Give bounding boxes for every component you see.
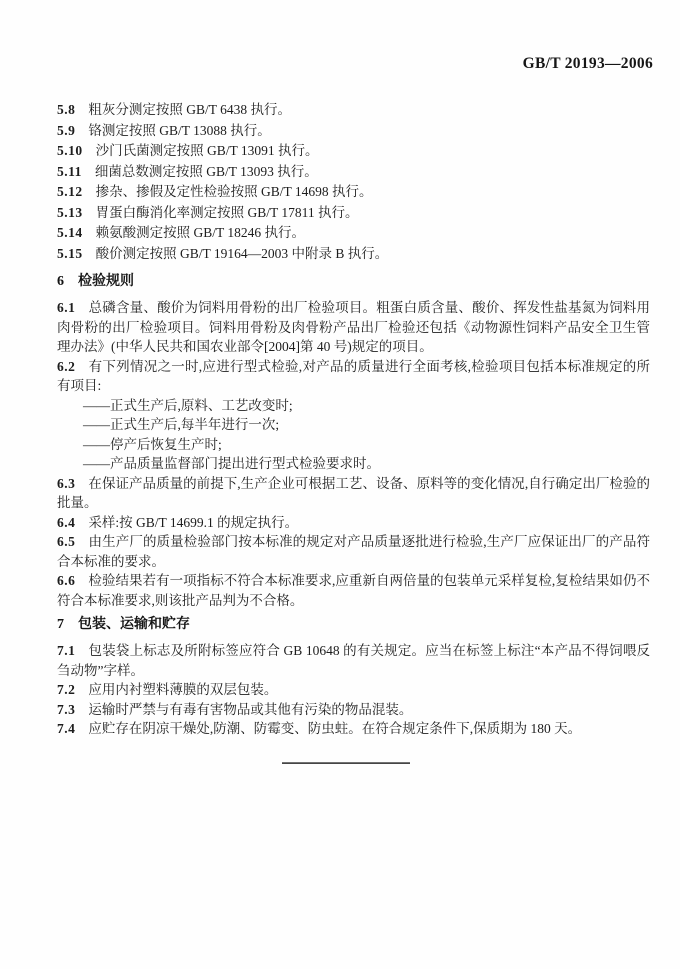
clause-text: 包装袋上标志及所附标签应符合 GB 10648 的有关规定。应当在标签上标注“本… xyxy=(57,643,650,678)
clause-text: 检验结果若有一项指标不符合本标准要求,应重新自两倍量的包装单元采样复检,复检结果… xyxy=(57,573,650,608)
section-title: 包装、运输和贮存 xyxy=(78,617,190,632)
clause-text: 酸价测定按照 GB/T 19164—2003 中附录 B 执行。 xyxy=(96,246,389,261)
clause-text: 掺杂、掺假及定性检验按照 GB/T 14698 执行。 xyxy=(96,184,373,199)
type-test-condition-4: ——产品质量监督部门提出进行型式检验要求时。 xyxy=(57,454,650,474)
clause-5-9: 5.9铬测定按照 GB/T 13088 执行。 xyxy=(57,121,650,142)
clause-text: 粗灰分测定按照 GB/T 6438 执行。 xyxy=(88,102,291,117)
clause-number: 5.8 xyxy=(57,102,75,117)
clause-7-2: 7.2应用内衬塑料薄膜的双层包装。 xyxy=(57,680,650,700)
clause-text: 有下列情况之一时,应进行型式检验,对产品的质量进行全面考核,检验项目包括本标准规… xyxy=(57,359,650,394)
section-7-heading: 7包装、运输和贮存 xyxy=(57,615,650,635)
section-title: 检验规则 xyxy=(78,274,134,289)
clause-text: 细菌总数测定按照 GB/T 13093 执行。 xyxy=(95,164,318,179)
clause-number: 5.14 xyxy=(57,225,83,240)
clause-5-15: 5.15酸价测定按照 GB/T 19164—2003 中附录 B 执行。 xyxy=(57,244,650,265)
section-end-rule xyxy=(282,762,410,764)
clause-text: 在保证产品质量的前提下,生产企业可根据工艺、设备、原料等的变化情况,自行确定出厂… xyxy=(57,476,650,511)
standard-number: GB/T 20193—2006 xyxy=(523,55,653,73)
clause-number: 6.5 xyxy=(57,534,75,549)
clause-text: 应用内衬塑料薄膜的双层包装。 xyxy=(88,682,277,697)
clause-5-8: 5.8粗灰分测定按照 GB/T 6438 执行。 xyxy=(57,100,650,121)
clause-number: 6.4 xyxy=(57,515,75,530)
clause-5-14: 5.14赖氨酸测定按照 GB/T 18246 执行。 xyxy=(57,223,650,244)
clause-5-11: 5.11细菌总数测定按照 GB/T 13093 执行。 xyxy=(57,162,650,183)
clause-6-5: 6.5由生产厂的质量检验部门按本标准的规定对产品质量逐批进行检验,生产厂应保证出… xyxy=(57,532,650,571)
section-number: 6 xyxy=(57,274,64,289)
clause-5-10: 5.10沙门氏菌测定按照 GB/T 13091 执行。 xyxy=(57,141,650,162)
clause-text: 胃蛋白酶消化率测定按照 GB/T 17811 执行。 xyxy=(96,205,359,220)
clause-number: 7.3 xyxy=(57,702,75,717)
clause-5-12: 5.12掺杂、掺假及定性检验按照 GB/T 14698 执行。 xyxy=(57,182,650,203)
section-7-body: 7.1包装袋上标志及所附标签应符合 GB 10648 的有关规定。应当在标签上标… xyxy=(57,641,650,739)
clause-number: 5.15 xyxy=(57,246,83,261)
clause-text: 采样:按 GB/T 14699.1 的规定执行。 xyxy=(88,515,298,530)
clause-7-1: 7.1包装袋上标志及所附标签应符合 GB 10648 的有关规定。应当在标签上标… xyxy=(57,641,650,680)
clause-number: 7.2 xyxy=(57,682,75,697)
clause-text: 沙门氏菌测定按照 GB/T 13091 执行。 xyxy=(96,143,319,158)
type-test-condition-2: ——正式生产后,每半年进行一次; xyxy=(57,415,650,435)
clause-number: 7.4 xyxy=(57,721,75,736)
clause-5-13: 5.13胃蛋白酶消化率测定按照 GB/T 17811 执行。 xyxy=(57,203,650,224)
clause-6-3: 6.3在保证产品质量的前提下,生产企业可根据工艺、设备、原料等的变化情况,自行确… xyxy=(57,474,650,513)
clause-number: 5.10 xyxy=(57,143,83,158)
clause-6-4: 6.4采样:按 GB/T 14699.1 的规定执行。 xyxy=(57,513,650,533)
section-6-heading: 6检验规则 xyxy=(57,272,650,292)
clause-number: 6.3 xyxy=(57,476,75,491)
clause-text: 由生产厂的质量检验部门按本标准的规定对产品质量逐批进行检验,生产厂应保证出厂的产… xyxy=(57,534,650,569)
clause-number: 5.11 xyxy=(57,164,82,179)
clause-number: 6.2 xyxy=(57,359,75,374)
document-page: GB/T 20193—2006 5.8粗灰分测定按照 GB/T 6438 执行。… xyxy=(0,0,680,969)
clause-7-4: 7.4应贮存在阴凉干燥处,防潮、防霉变、防虫蛀。在符合规定条件下,保质期为 18… xyxy=(57,719,650,739)
clause-number: 7.1 xyxy=(57,643,75,658)
clause-7-3: 7.3运输时严禁与有毒有害物品或其他有污染的物品混装。 xyxy=(57,700,650,720)
clause-number: 5.13 xyxy=(57,205,83,220)
type-test-condition-1: ——正式生产后,原料、工艺改变时; xyxy=(57,396,650,416)
clause-text: 总磷含量、酸价为饲料用骨粉的出厂检验项目。粗蛋白质含量、酸价、挥发性盐基氮为饲料… xyxy=(57,300,650,354)
clause-text: 赖氨酸测定按照 GB/T 18246 执行。 xyxy=(96,225,305,240)
clause-text: 运输时严禁与有毒有害物品或其他有污染的物品混装。 xyxy=(88,702,412,717)
clause-6-1: 6.1总磷含量、酸价为饲料用骨粉的出厂检验项目。粗蛋白质含量、酸价、挥发性盐基氮… xyxy=(57,298,650,357)
clause-number: 5.12 xyxy=(57,184,83,199)
clause-text: 铬测定按照 GB/T 13088 执行。 xyxy=(88,123,270,138)
section-number: 7 xyxy=(57,617,64,632)
type-test-condition-3: ——停产后恢复生产时; xyxy=(57,435,650,455)
clause-6-6: 6.6检验结果若有一项指标不符合本标准要求,应重新自两倍量的包装单元采样复检,复… xyxy=(57,571,650,610)
clause-6-2: 6.2有下列情况之一时,应进行型式检验,对产品的质量进行全面考核,检验项目包括本… xyxy=(57,357,650,396)
section-6-body: 6.1总磷含量、酸价为饲料用骨粉的出厂检验项目。粗蛋白质含量、酸价、挥发性盐基氮… xyxy=(57,298,650,610)
clause-list-5: 5.8粗灰分测定按照 GB/T 6438 执行。 5.9铬测定按照 GB/T 1… xyxy=(57,100,650,264)
clause-number: 6.6 xyxy=(57,573,75,588)
clause-number: 6.1 xyxy=(57,300,75,315)
clause-number: 5.9 xyxy=(57,123,75,138)
clause-text: 应贮存在阴凉干燥处,防潮、防霉变、防虫蛀。在符合规定条件下,保质期为 180 天… xyxy=(88,721,581,736)
